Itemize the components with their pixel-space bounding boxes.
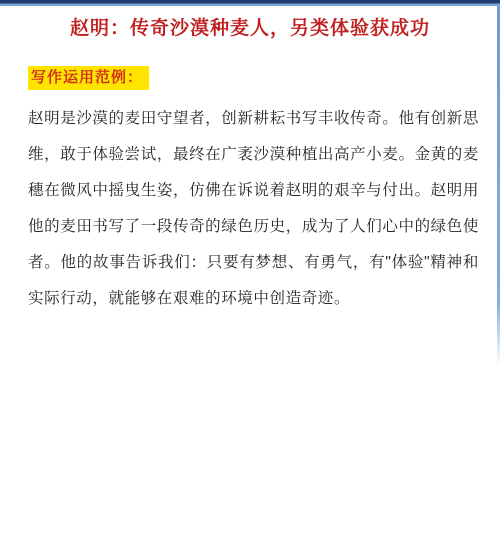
article-title: 赵明：传奇沙漠种麦人，另类体验获成功: [30, 17, 470, 41]
top-border-bar: [0, 0, 500, 6]
body-paragraph: 赵明是沙漠的麦田守望者，创新耕耘书写丰收传奇。他有创新思维，敢于体验尝试，最终在…: [28, 101, 479, 317]
section-label: 写作运用范例：: [28, 66, 149, 90]
article-page: 赵明：传奇沙漠种麦人，另类体验获成功 写作运用范例： 赵明是沙漠的麦田守望者，创…: [0, 0, 500, 553]
section-label-row: 写作运用范例：: [28, 66, 500, 90]
